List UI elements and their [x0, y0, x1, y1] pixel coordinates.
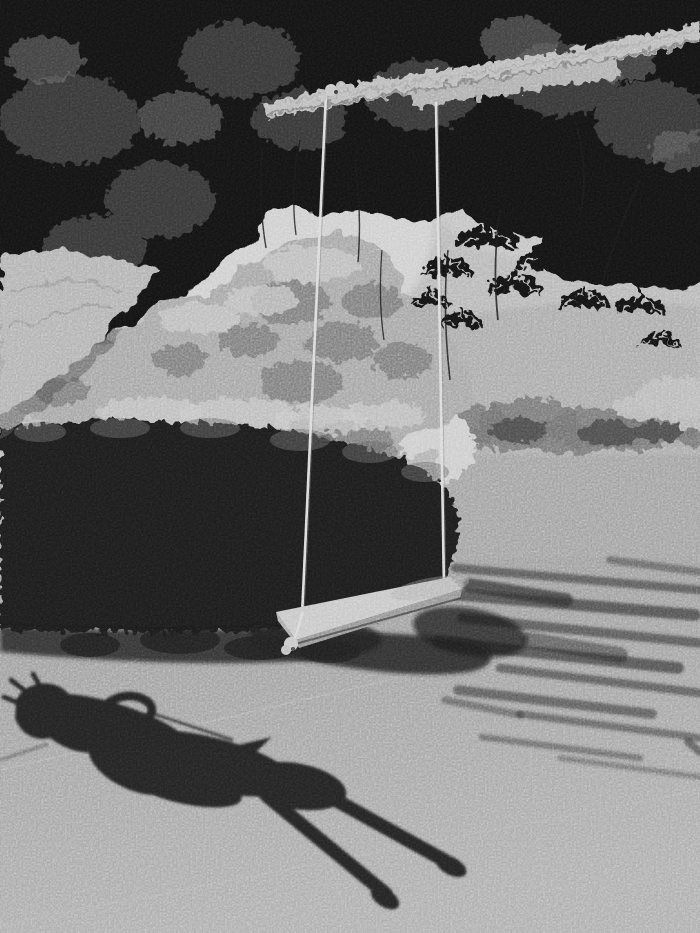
film-grain-fine [0, 0, 700, 933]
photograph [0, 0, 700, 933]
swing-shadow-photo [0, 0, 700, 933]
